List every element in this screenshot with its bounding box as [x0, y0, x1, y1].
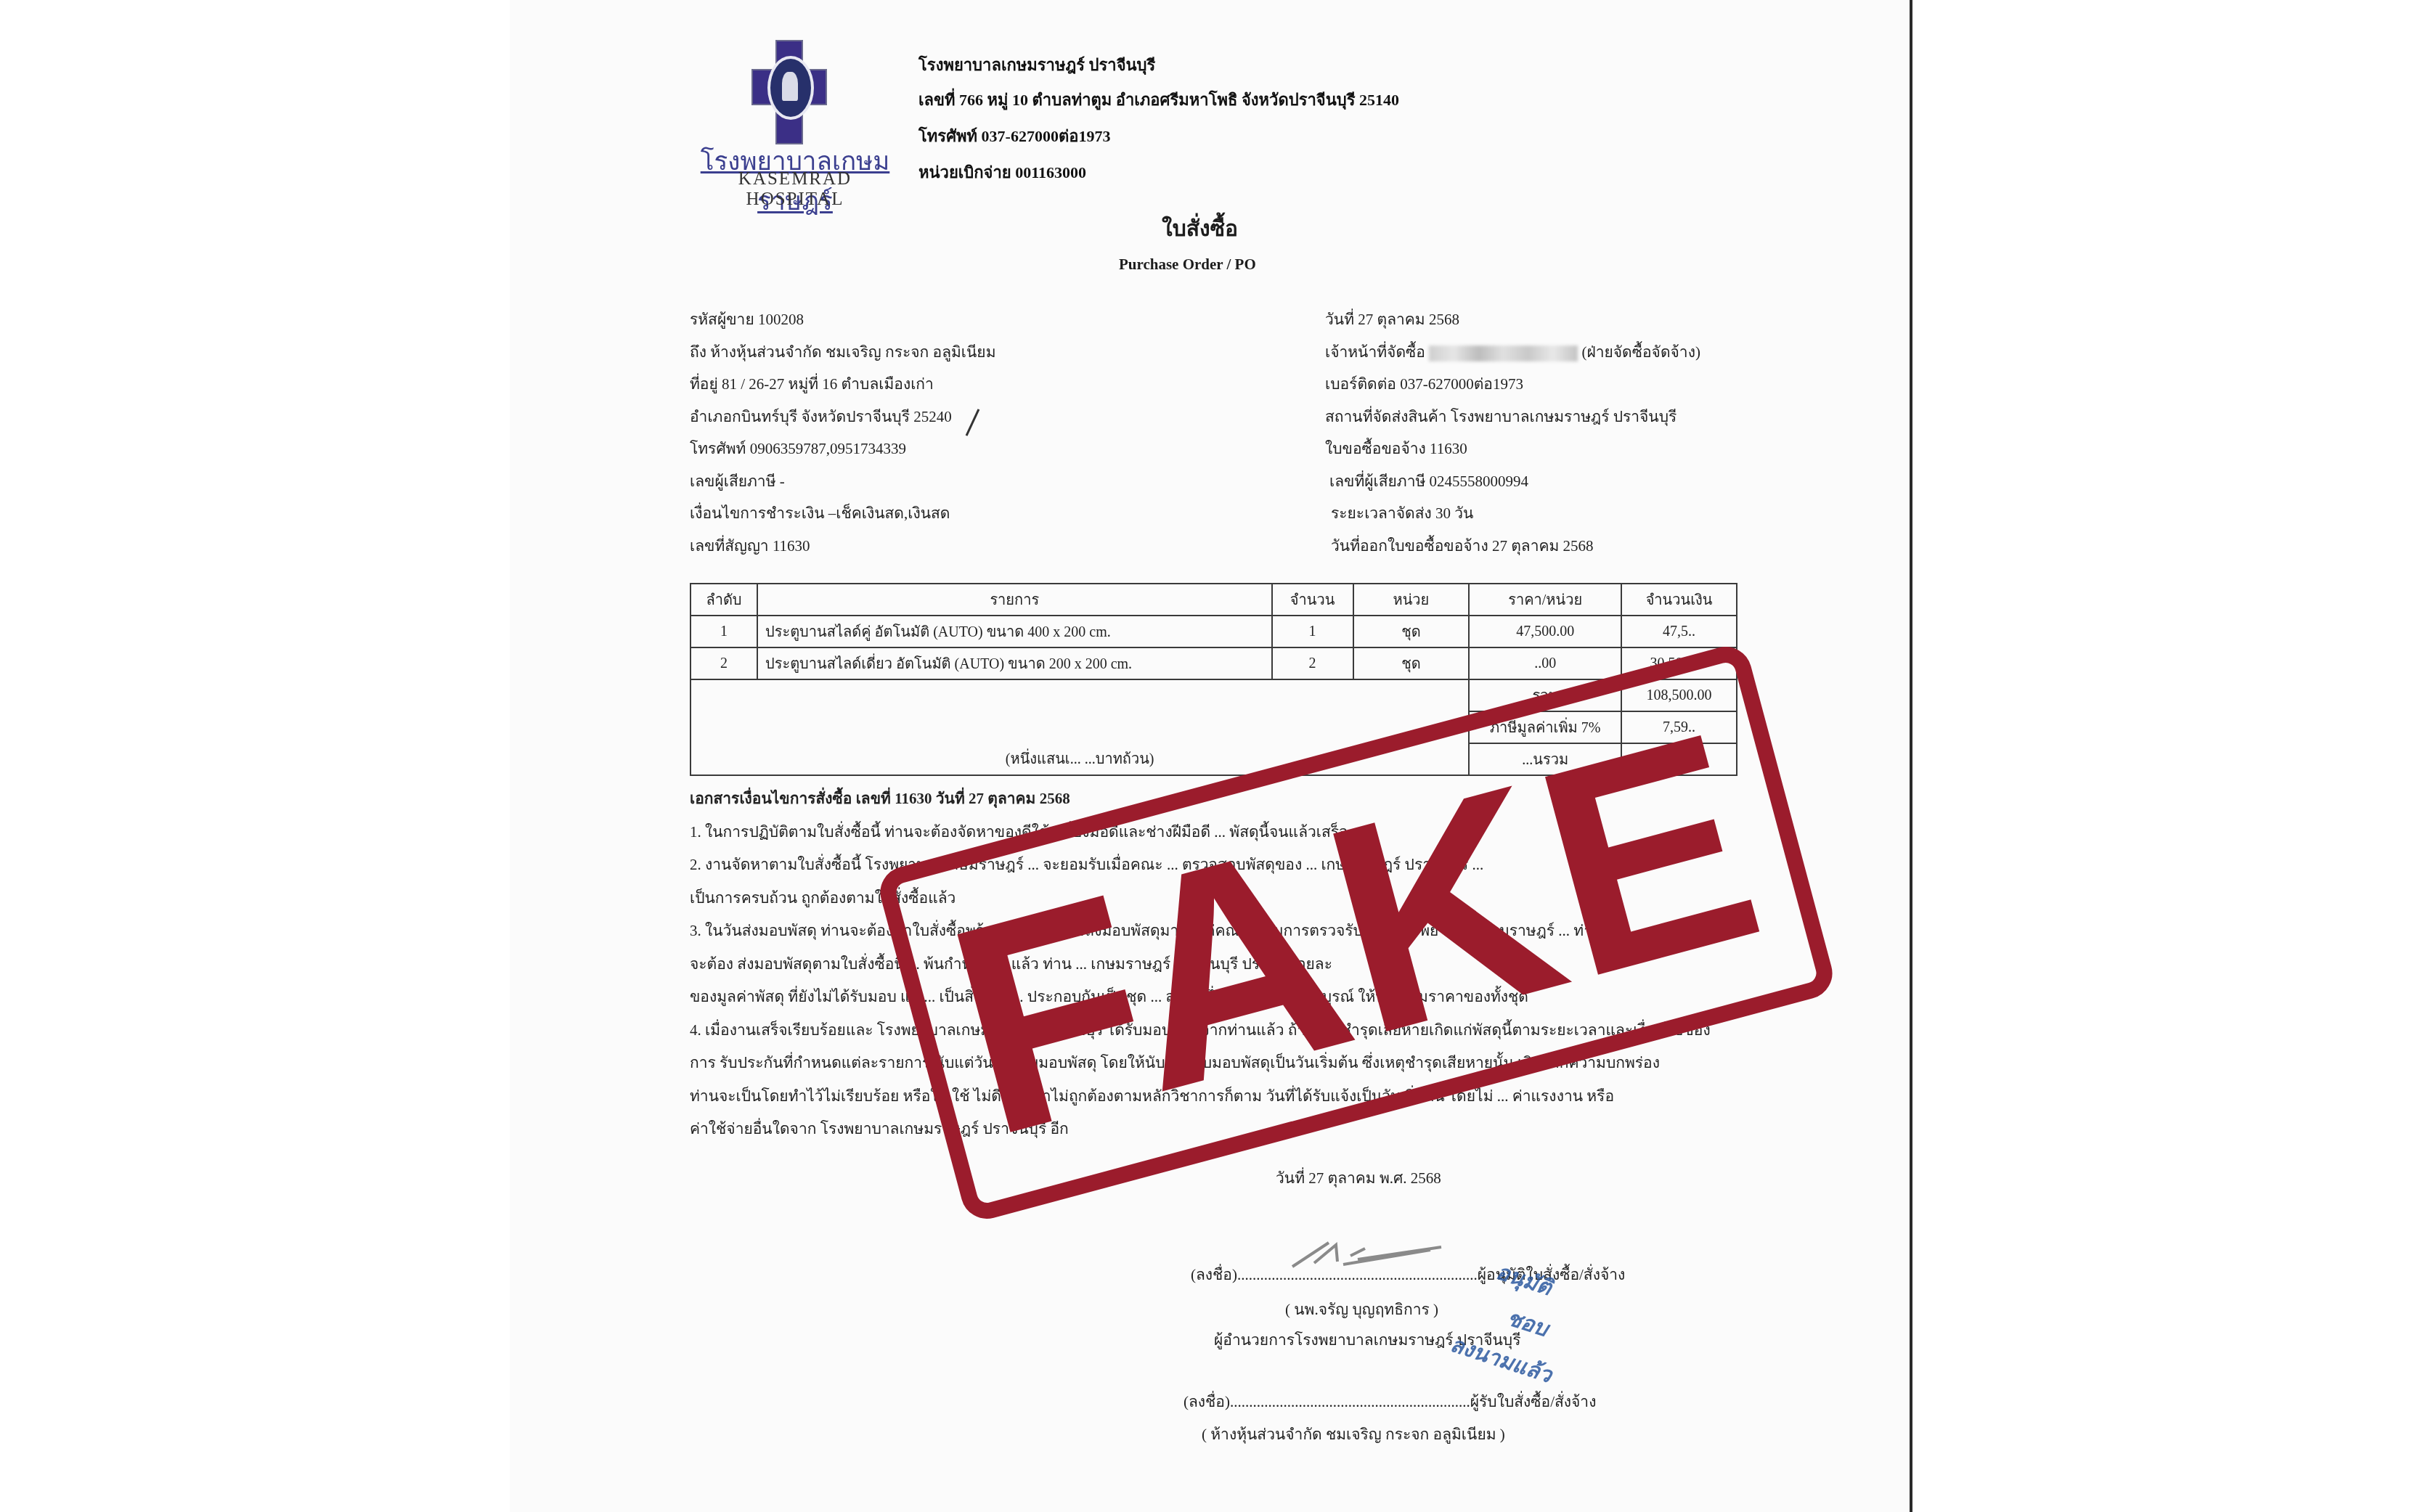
- col-qty: จำนวน: [1272, 584, 1353, 616]
- hospital-phone: โทรศัพท์ 037-627000ต่อ1973: [918, 123, 1110, 149]
- vendor-phone: โทรศัพท์ 0906359787,0951734339: [690, 433, 996, 465]
- document-title-thai: ใบสั่งซื้อ: [1162, 212, 1238, 246]
- contact-number: เบอร์ติดต่อ 037-627000ต่อ1973: [1325, 368, 1700, 401]
- col-item: รายการ: [757, 584, 1272, 616]
- payment-terms: เงื่อนไขการชำระเงิน –เช็คเงินสด,เงินสด: [690, 497, 996, 530]
- contract-number: เลขที่สัญญา 11630: [690, 530, 996, 563]
- hospital-unit: หน่วยเบิกจ่าย 001163000: [918, 160, 1086, 185]
- buyer-tax-id: เลขที่ผู้เสียภาษี 0245558000994: [1325, 465, 1700, 498]
- vendor-info: รหัสผู้ขาย 100208 ถึง ห้างหุ้นส่วนจำกัด …: [690, 303, 996, 562]
- col-no: ลำดับ: [690, 584, 757, 616]
- col-amount: จำนวนเงิน: [1621, 584, 1737, 616]
- col-unit: หน่วย: [1353, 584, 1470, 616]
- document-title-english: Purchase Order / PO: [1119, 256, 1256, 274]
- receiver-signature-line: (ลงชื่อ)................................…: [1183, 1390, 1596, 1414]
- request-number: ใบขอซื้อขอจ้าง 11630: [1325, 433, 1700, 465]
- issuer-signature-line: (ลงชื่อ)................................…: [1191, 1263, 1625, 1287]
- table-row: 2 ประตูบานสไลด์เดี่ยว อัตโนมัติ (AUTO) ข…: [690, 647, 1737, 679]
- vendor-name: ถึง ห้างหุ้นส่วนจำกัด ชมเจริญ กระจก อลูม…: [690, 336, 996, 369]
- vendor-address-2: อำเภอกบินทร์บุรี จังหวัดปราจีนบุรี 25240: [690, 401, 996, 433]
- receiver-name: ( ห้างหุ้นส่วนจำกัด ชมเจริญ กระจก อลูมิเ…: [1202, 1423, 1505, 1447]
- hospital-name: โรงพยาบาลเกษมราษฎร์ ปราจีนบุรี: [918, 52, 1155, 78]
- vendor-code: รหัสผู้ขาย 100208: [690, 303, 996, 336]
- issuer-name: ( นพ.จรัญ บุญฤทธิการ ): [1285, 1298, 1438, 1322]
- redacted-officer-name: [1429, 346, 1578, 361]
- order-info: วันที่ 27 ตุลาคม 2568 เจ้าหน้าที่จัดซื้อ…: [1325, 303, 1700, 562]
- request-date: วันที่ออกใบขอซื้อขอจ้าง 27 ตุลาคม 2568: [1325, 530, 1700, 563]
- medical-cross-icon: [751, 40, 824, 142]
- vendor-tax-id: เลขผู้เสียภาษี -: [690, 465, 996, 498]
- hospital-logo: โรงพยาบาลเกษมราษฎร์ KASEMRAD HOSPITAL: [690, 40, 900, 189]
- table-row: 1 ประตูบานสไลด์คู่ อัตโนมัติ (AUTO) ขนาด…: [690, 616, 1737, 647]
- table-header-row: ลำดับ รายการ จำนวน หน่วย ราคา/หน่วย จำนว…: [690, 584, 1737, 616]
- vendor-address-1: ที่อยู่ 81 / 26-27 หมู่ที่ 16 ตำบลเมืองเ…: [690, 368, 996, 401]
- signature-date: วันที่ 27 ตุลาคม พ.ศ. 2568: [1276, 1166, 1441, 1190]
- delivery-period: ระยะเวลาจัดส่ง 30 วัน: [1325, 497, 1700, 530]
- logo-english-name: KASEMRAD HOSPITAL: [690, 169, 900, 210]
- procurement-officer: เจ้าหน้าที่จัดซื้อ (ฝ่ายจัดซื้อจัดจ้าง): [1325, 336, 1700, 369]
- col-unit-price: ราคา/หน่วย: [1469, 584, 1621, 616]
- delivery-place: สถานที่จัดส่งสินค้า โรงพยาบาลเกษมราษฎร์ …: [1325, 401, 1700, 433]
- order-date: วันที่ 27 ตุลาคม 2568: [1325, 303, 1700, 336]
- hospital-address: เลขที่ 766 หมู่ 10 ตำบลท่าตูม อำเภอศรีมห…: [918, 87, 1399, 113]
